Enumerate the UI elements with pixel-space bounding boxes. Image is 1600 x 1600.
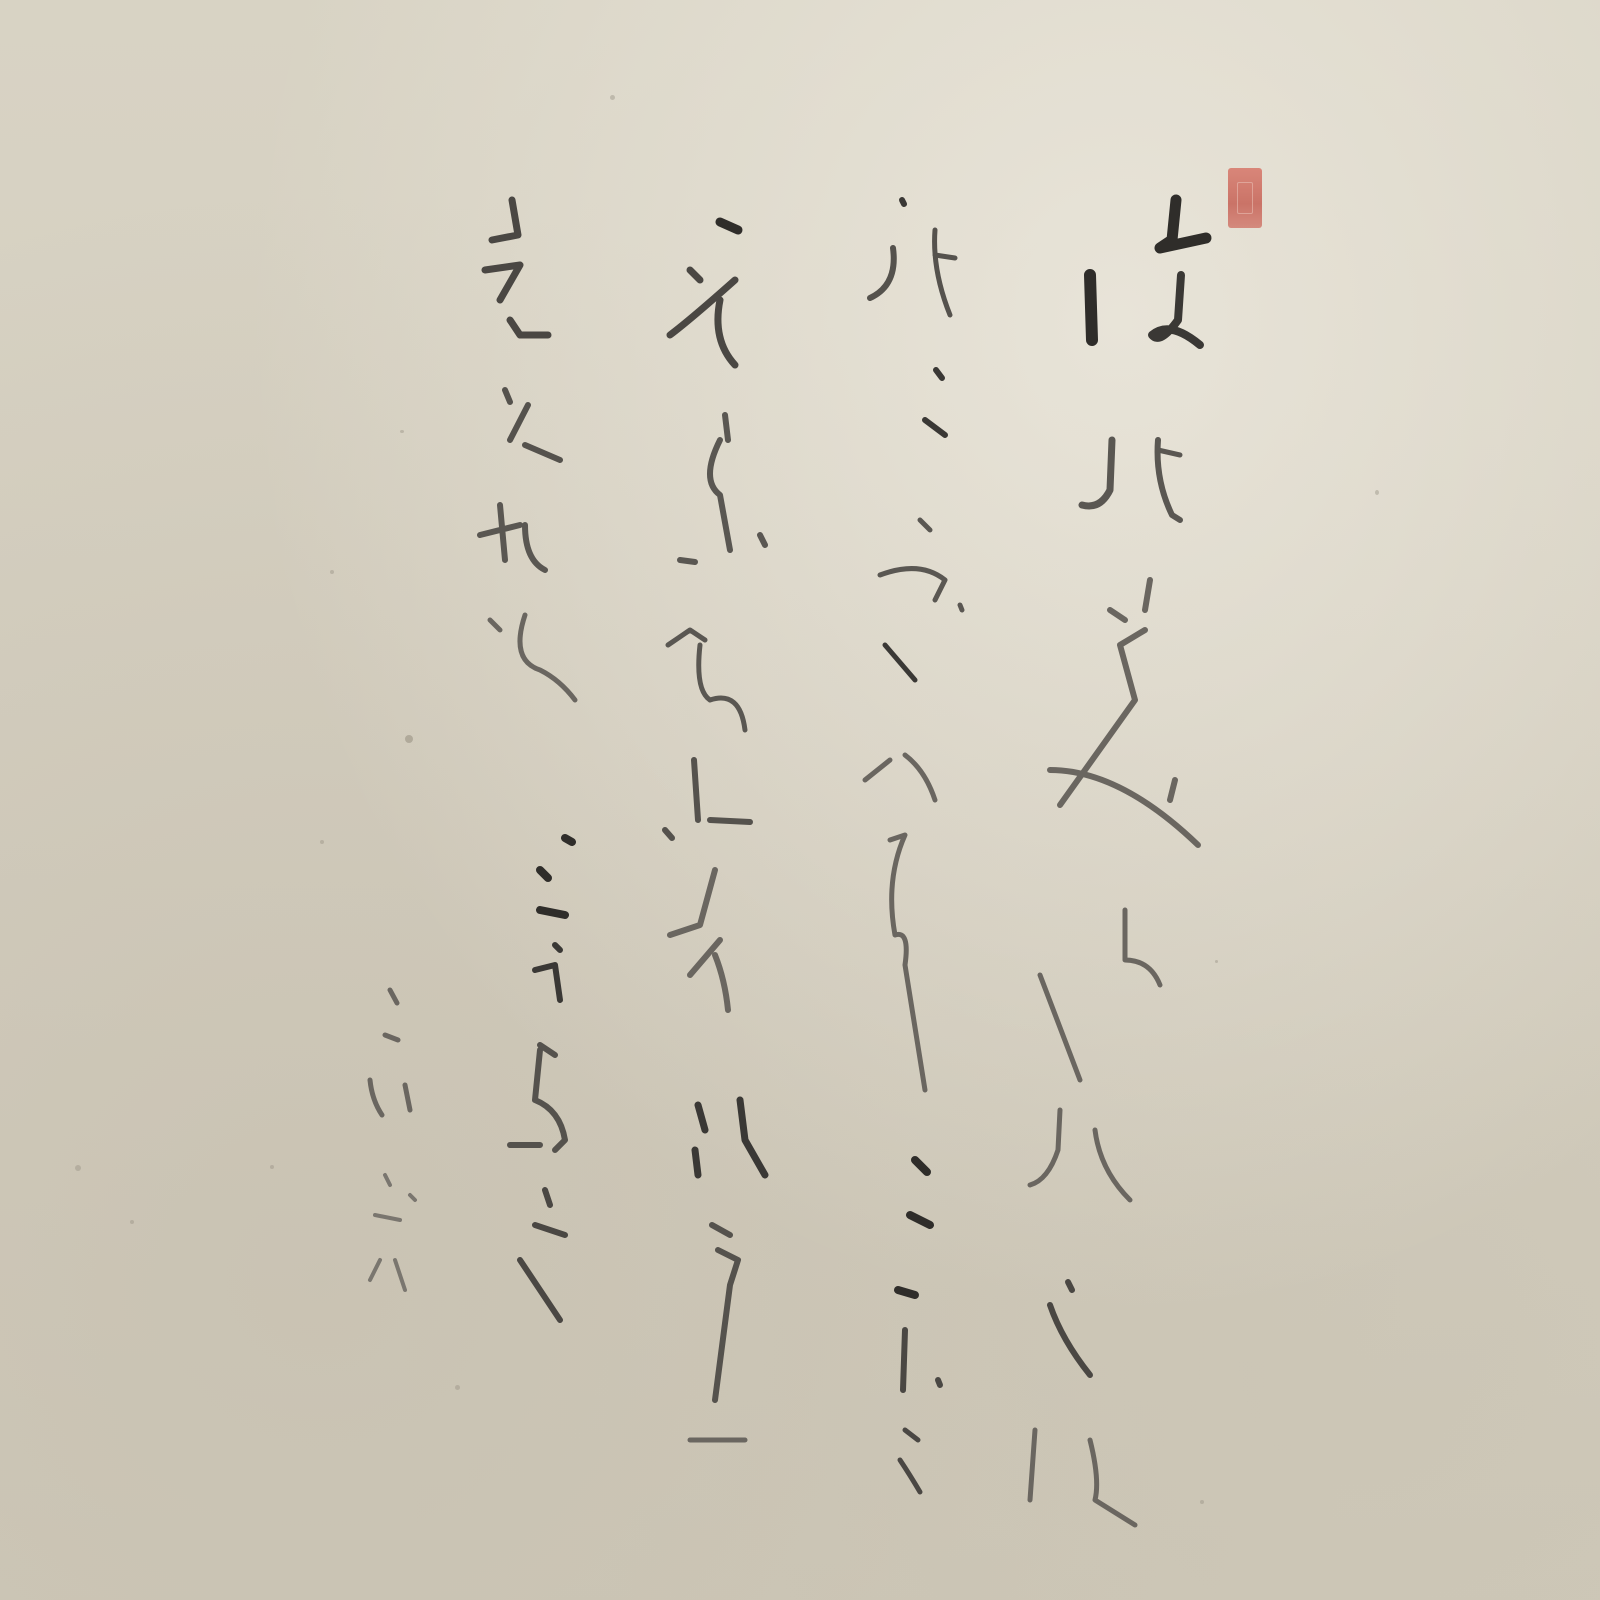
ink-strokes <box>0 0 1600 1600</box>
column-1-strokes <box>1030 200 1206 1525</box>
column-2-strokes <box>865 200 962 1492</box>
signature-strokes <box>370 990 415 1290</box>
calligraphy-paper: はなはなくれなゐの おほこ。へのこ。たゆ ことそもしるねばさし ちりひとはなる。… <box>0 0 1600 1600</box>
column-3-strokes <box>665 222 765 1440</box>
column-4-strokes <box>480 200 575 1320</box>
